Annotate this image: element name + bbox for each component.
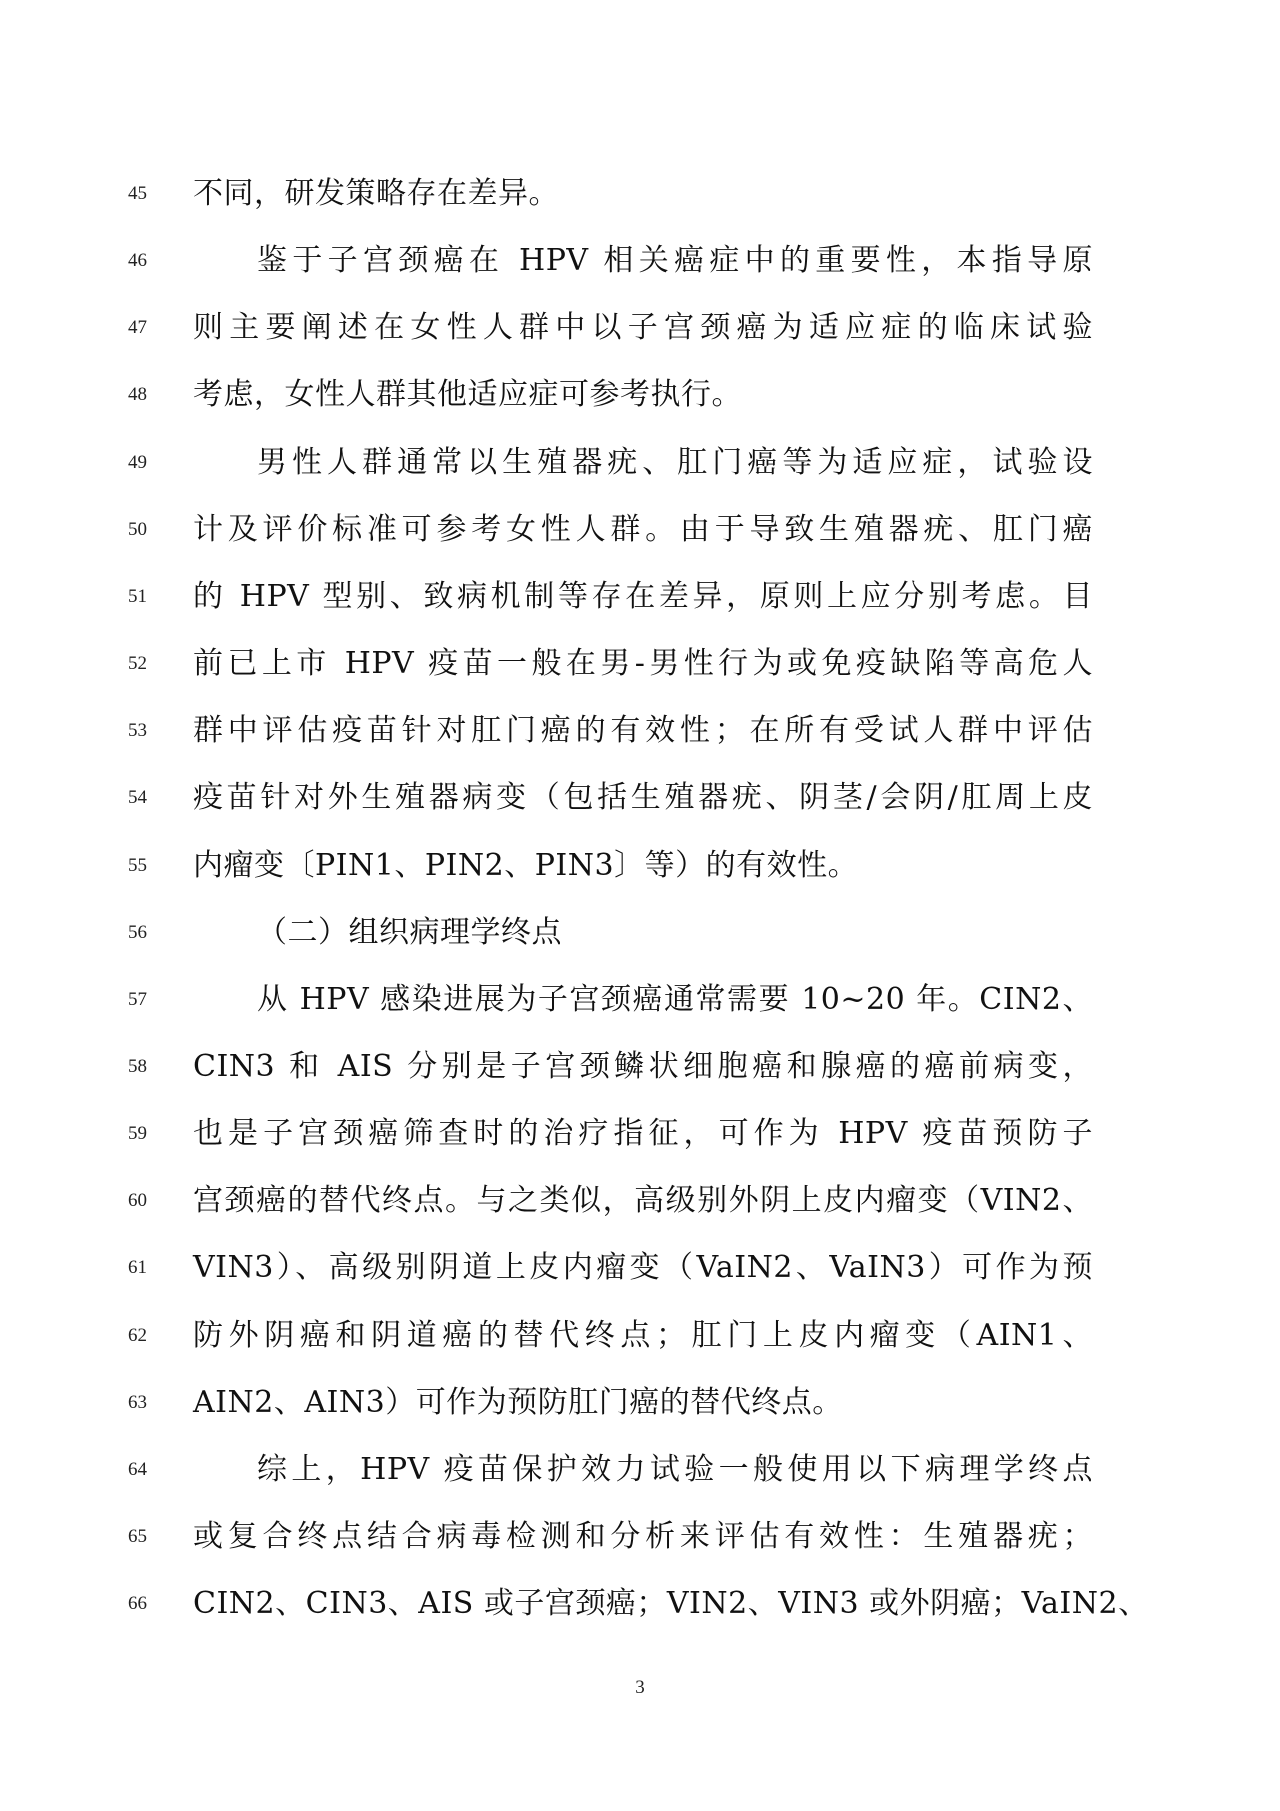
numbered-line: 64综上，HPV 疫苗保护效力试验一般使用以下病理学终点: [0, 1436, 1280, 1503]
line-text: 考虑，女性人群其他适应症可参考执行。: [193, 361, 1093, 428]
line-text: VIN3）、高级别阴道上皮内瘤变（VaIN2、VaIN3）可作为预: [193, 1234, 1093, 1301]
numbered-line: 65或复合终点结合病毒检测和分析来评估有效性：生殖器疣；: [0, 1503, 1280, 1570]
numbered-line: 60宫颈癌的替代终点。与之类似，高级别外阴上皮内瘤变（VIN2、: [0, 1167, 1280, 1234]
line-number: 59: [128, 1100, 168, 1167]
line-number: 61: [128, 1234, 168, 1301]
numbered-line: 52前已上市 HPV 疫苗一般在男-男性行为或免疫缺陷等高危人: [0, 630, 1280, 697]
page-number: 3: [620, 1677, 660, 1699]
line-number: 62: [128, 1302, 168, 1369]
numbered-line: 50计及评价标准可参考女性人群。由于导致生殖器疣、肛门癌: [0, 496, 1280, 563]
numbered-line: 63AIN2、AIN3）可作为预防肛门癌的替代终点。: [0, 1369, 1280, 1436]
line-number: 57: [128, 966, 168, 1033]
line-number: 45: [128, 160, 168, 227]
line-number: 63: [128, 1369, 168, 1436]
numbered-line: 47则主要阐述在女性人群中以子宫颈癌为适应症的临床试验: [0, 294, 1280, 361]
numbered-line: 61VIN3）、高级别阴道上皮内瘤变（VaIN2、VaIN3）可作为预: [0, 1234, 1280, 1301]
line-text: 从 HPV 感染进展为子宫颈癌通常需要 10~20 年。CIN2、: [193, 966, 1093, 1033]
section-heading: （二）组织病理学终点: [193, 899, 1093, 966]
numbered-line: 45不同，研发策略存在差异。: [0, 160, 1280, 227]
line-number: 60: [128, 1167, 168, 1234]
line-number: 54: [128, 764, 168, 831]
line-number: 50: [128, 496, 168, 563]
numbered-line: 66CIN2、CIN3、AIS 或子宫颈癌；VIN2、VIN3 或外阴癌；VaI…: [0, 1570, 1280, 1637]
line-text: 的 HPV 型别、致病机制等存在差异，原则上应分别考虑。目: [193, 563, 1093, 630]
numbered-line: 57从 HPV 感染进展为子宫颈癌通常需要 10~20 年。CIN2、: [0, 966, 1280, 1033]
line-text: 综上，HPV 疫苗保护效力试验一般使用以下病理学终点: [193, 1436, 1093, 1503]
line-number: 51: [128, 563, 168, 630]
line-number: 55: [128, 832, 168, 899]
numbered-line: 58CIN3 和 AIS 分别是子宫颈鳞状细胞癌和腺癌的癌前病变，: [0, 1033, 1280, 1100]
line-text: 男性人群通常以生殖器疣、肛门癌等为适应症，试验设: [193, 429, 1093, 496]
line-text: AIN2、AIN3）可作为预防肛门癌的替代终点。: [193, 1369, 1093, 1436]
numbered-line: 59也是子宫颈癌筛查时的治疗指征，可作为 HPV 疫苗预防子: [0, 1100, 1280, 1167]
line-text: 不同，研发策略存在差异。: [193, 160, 1093, 227]
line-text: 或复合终点结合病毒检测和分析来评估有效性：生殖器疣；: [193, 1503, 1093, 1570]
numbered-line: 48考虑，女性人群其他适应症可参考执行。: [0, 361, 1280, 428]
line-text: 计及评价标准可参考女性人群。由于导致生殖器疣、肛门癌: [193, 496, 1093, 563]
line-text: 则主要阐述在女性人群中以子宫颈癌为适应症的临床试验: [193, 294, 1093, 361]
line-number: 64: [128, 1436, 168, 1503]
numbered-line: 62防外阴癌和阴道癌的替代终点；肛门上皮内瘤变（AIN1、: [0, 1302, 1280, 1369]
line-text: 防外阴癌和阴道癌的替代终点；肛门上皮内瘤变（AIN1、: [193, 1302, 1093, 1369]
line-text: 内瘤变〔PIN1、PIN2、PIN3〕等）的有效性。: [193, 832, 1093, 899]
line-text: 也是子宫颈癌筛查时的治疗指征，可作为 HPV 疫苗预防子: [193, 1100, 1093, 1167]
numbered-line: 53群中评估疫苗针对肛门癌的有效性；在所有受试人群中评估: [0, 697, 1280, 764]
line-text: 宫颈癌的替代终点。与之类似，高级别外阴上皮内瘤变（VIN2、: [193, 1167, 1093, 1234]
line-number: 48: [128, 361, 168, 428]
numbered-line: 54疫苗针对外生殖器病变（包括生殖器疣、阴茎/会阴/肛周上皮: [0, 764, 1280, 831]
line-number: 46: [128, 227, 168, 294]
line-number: 58: [128, 1033, 168, 1100]
line-number: 53: [128, 697, 168, 764]
line-text: 前已上市 HPV 疫苗一般在男-男性行为或免疫缺陷等高危人: [193, 630, 1093, 697]
line-text: 疫苗针对外生殖器病变（包括生殖器疣、阴茎/会阴/肛周上皮: [193, 764, 1093, 831]
line-number: 52: [128, 630, 168, 697]
line-number: 47: [128, 294, 168, 361]
line-number: 65: [128, 1503, 168, 1570]
line-number: 66: [128, 1570, 168, 1637]
line-number: 56: [128, 899, 168, 966]
numbered-line: 56（二）组织病理学终点: [0, 899, 1280, 966]
line-text: 群中评估疫苗针对肛门癌的有效性；在所有受试人群中评估: [193, 697, 1093, 764]
line-text: CIN2、CIN3、AIS 或子宫颈癌；VIN2、VIN3 或外阴癌；VaIN2…: [193, 1570, 1093, 1637]
numbered-line: 49男性人群通常以生殖器疣、肛门癌等为适应症，试验设: [0, 429, 1280, 496]
document-page: 45不同，研发策略存在差异。46鉴于子宫颈癌在 HPV 相关癌症中的重要性，本指…: [0, 0, 1280, 1811]
numbered-line: 55内瘤变〔PIN1、PIN2、PIN3〕等）的有效性。: [0, 832, 1280, 899]
line-number: 49: [128, 429, 168, 496]
numbered-line: 51的 HPV 型别、致病机制等存在差异，原则上应分别考虑。目: [0, 563, 1280, 630]
numbered-line: 46鉴于子宫颈癌在 HPV 相关癌症中的重要性，本指导原: [0, 227, 1280, 294]
line-text: CIN3 和 AIS 分别是子宫颈鳞状细胞癌和腺癌的癌前病变，: [193, 1033, 1093, 1100]
line-text: 鉴于子宫颈癌在 HPV 相关癌症中的重要性，本指导原: [193, 227, 1093, 294]
